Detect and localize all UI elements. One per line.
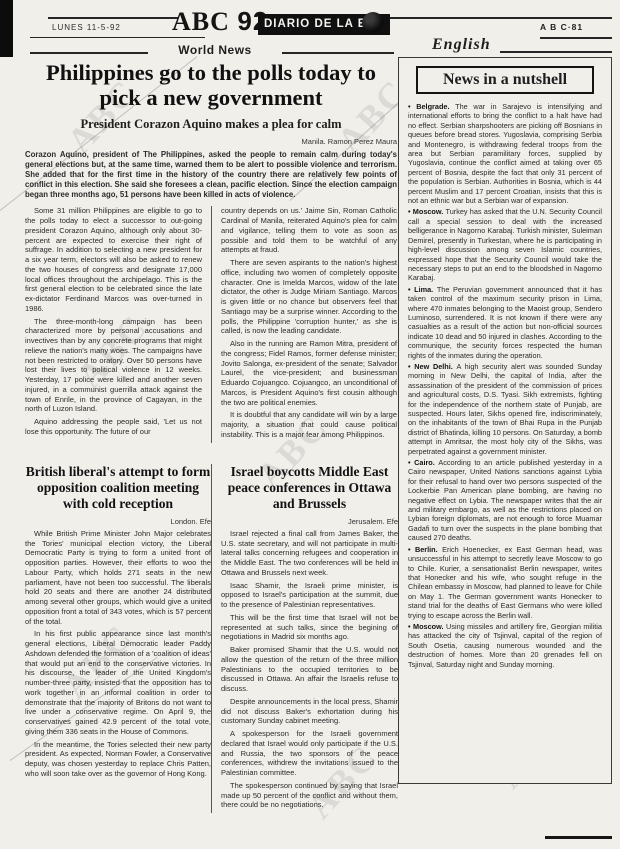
section-rule [30,52,148,54]
paragraph: In the meantime, the Tories selected the… [25,740,211,779]
nutshell-city-label: • Belgrade. [408,102,455,111]
paragraph: The three-month-long campaign has been c… [25,317,202,415]
page-reference: A B C·81 [540,22,583,32]
nutshell-item: • New Delhi. A high security alert was s… [408,362,602,456]
issue-date: LUNES 11-5-92 [52,23,121,32]
main-lead-paragraph: Corazon Aquino, president of The Philipp… [25,150,397,201]
main-article: Philippines go to the polls today to pic… [25,60,397,443]
paragraph: A spokesperson for the Israeli governmen… [221,729,398,778]
header-rule [540,37,612,39]
main-subhead: President Corazon Aquino makes a plea fo… [25,117,397,132]
header-rule [48,17,178,19]
british-byline: London. Efe [25,517,211,526]
paragraph: Israel rejected a final call from James … [221,529,398,578]
globe-icon [362,12,384,34]
bottom-rule-mark [545,836,612,839]
masthead-abc: ABC [172,7,230,36]
israel-article: Israel boycotts Middle East peace confer… [211,464,398,813]
nutshell-sidebar: News in a nutshell • Belgrade. The war i… [398,57,612,784]
paragraph: The spokesperson continued by saying tha… [221,781,398,810]
nutshell-item: • Berlin. Erich Hoenecker, ex East Germa… [408,545,602,620]
paragraph: Despite announcements in the local press… [221,697,398,726]
newspaper-page: ABC ABC ABC ABC ABC ABC ABC ABC LUNES 11… [0,0,620,849]
nutshell-item: • Moscow. Using missiles and artillery f… [408,622,602,669]
nutshell-item: • Moscow. Turkey has asked that the U.N.… [408,207,602,282]
nutshell-city-label: • Lima. [408,285,437,294]
paragraph: There are seven aspirants to the nation'… [221,258,397,336]
british-body: While British Prime Minister John Major … [25,529,211,779]
nutshell-title: News in a nutshell [416,66,594,94]
masthead-logo: ABC 92 [172,6,268,37]
main-headline: Philippines go to the polls today to pic… [25,60,397,111]
nutshell-item: • Lima. The Peruvian government announce… [408,285,602,360]
nutshell-items: • Belgrade. The war in Sarajevo is inten… [399,100,611,677]
paragraph: This will be the first time that Israel … [221,613,398,642]
nutshell-city-label: • Moscow. [408,207,446,216]
paragraph: country depends on us.' Jaime Sin, Roman… [221,206,397,255]
header-rule [30,37,205,38]
nutshell-item: • Belgrade. The war in Sarajevo is inten… [408,102,602,205]
header-rule [360,17,612,19]
israel-byline: Jerusalem. Efe [221,517,398,526]
edition-rule [500,51,612,53]
section-rule [282,52,394,54]
israel-headline: Israel boycotts Middle East peace confer… [221,464,398,512]
nutshell-item: • Cairo. According to an article publish… [408,458,602,543]
nutshell-city-label: • Berlin. [408,545,442,554]
nutshell-city-label: • Cairo. [408,458,438,467]
main-article-columns: Some 31 million Philippines are eligible… [25,206,397,442]
paragraph: In his first public appearance since las… [25,629,211,736]
paragraph: Baker promised Shamir that the U.S. woul… [221,645,398,694]
article-column-2: country depends on us.' Jaime Sin, Roman… [211,206,397,442]
paragraph: Aquino addressing the people said, 'Let … [25,417,202,437]
nutshell-city-label: • Moscow. [408,622,446,631]
article-column-1: Some 31 million Philippines are eligible… [25,206,211,442]
main-byline: Manila. Ramon Perez Maura [25,137,397,146]
paragraph: Some 31 million Philippines are eligible… [25,206,202,313]
section-title: World News [150,43,280,57]
british-article: British liberal's attempt to form opposi… [25,464,211,782]
paragraph: Isaac Shamir, the Israeli prime minister… [221,581,398,610]
paragraph: While British Prime Minister John Major … [25,529,211,627]
israel-body: Israel rejected a final call from James … [221,529,398,810]
edition-label: English [432,36,491,54]
paragraph: It is doubtful that any candidate will w… [221,410,397,439]
scan-corner-block [0,0,13,57]
nutshell-city-label: • New Delhi. [408,362,457,371]
paragraph: Also in the running are Ramon Mitra, pre… [221,339,397,407]
british-headline: British liberal's attempt to form opposi… [25,464,211,512]
